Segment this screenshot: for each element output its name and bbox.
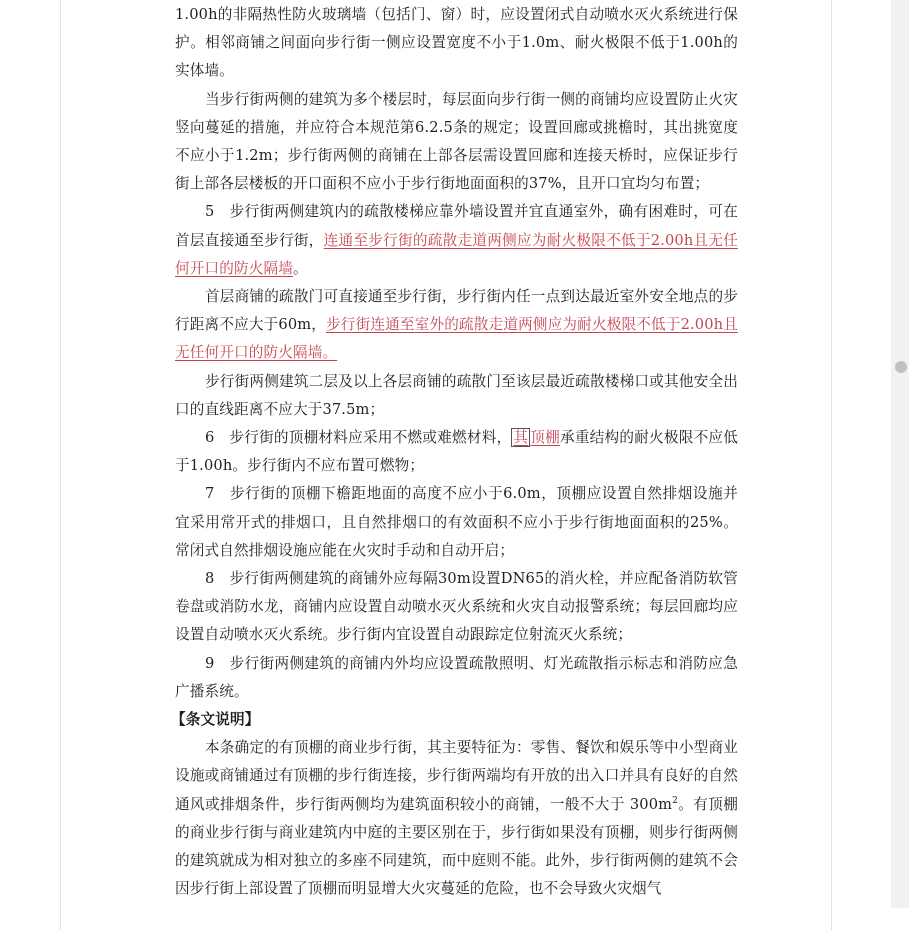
text-segment: 1.00h的非隔热性防火玻璃墙（包括门、窗）时，应设置闭式自动喷水灭火系统进行保… [175, 6, 738, 79]
vertical-scrollbar[interactable] [891, 0, 909, 908]
revision-underlined-text: 顶棚 [530, 429, 560, 446]
text-segment: 。 [293, 260, 308, 277]
paragraph-item-7: 7 步行街的顶棚下檐距地面的高度不应小于6.0m，顶棚应设置自然排烟设施并宜采用… [175, 480, 738, 565]
text-segment: 6 步行街的顶棚材料应采用不燃或难燃材料， [205, 429, 511, 446]
text-segment: 8 步行街两侧建筑的商铺外应每隔30m设置DN65的消火栓，并应配备消防软管卷盘… [175, 570, 738, 643]
text-segment: 7 步行街的顶棚下檐距地面的高度不应小于6.0m，顶棚应设置自然排烟设施并宜采用… [175, 485, 738, 558]
scroll-thumb-icon[interactable] [895, 361, 907, 373]
paragraph-item-5: 5 步行街两侧建筑内的疏散楼梯应靠外墙设置并宜直通室外，确有困难时，可在首层直接… [175, 198, 738, 283]
paragraph-item-8: 8 步行街两侧建筑的商铺外应每隔30m设置DN65的消火栓，并应配备消防软管卷盘… [175, 565, 738, 650]
text-segment: 当步行街两侧的建筑为多个楼层时，每层面向步行街一侧的商铺均应设置防止火灾竖向蔓延… [175, 91, 738, 193]
document-page: 1.00h的非隔热性防火玻璃墙（包括门、窗）时，应设置闭式自动喷水灭火系统进行保… [60, 0, 832, 908]
text-segment: 9 步行街两侧建筑的商铺内外均应设置疏散照明、灯光疏散指示标志和消防应急广播系统… [175, 655, 738, 700]
paragraph-item-9: 9 步行街两侧建筑的商铺内外均应设置疏散照明、灯光疏散指示标志和消防应急广播系统… [175, 650, 738, 706]
paragraph-upper-floor-exits: 步行街两侧建筑二层及以上各层商铺的疏散门至该层最近疏散楼梯口或其他安全出口的直线… [175, 368, 738, 424]
paragraph-item-6: 6 步行街的顶棚材料应采用不燃或难燃材料，其顶棚承重结构的耐火极限不应低于1.0… [175, 424, 738, 480]
text-segment: 本条确定的有顶棚的商业步行街，其主要特征为：零售、餐饮和娱乐等中小型商业设施或商… [175, 739, 738, 812]
paragraph-ground-floor-exits: 首层商铺的疏散门可直接通至步行街，步行街内任一点到达最近室外安全地点的步行距离不… [175, 283, 738, 368]
section-heading-explanation: 【条文说明】 [171, 706, 738, 734]
paragraph-continued-glass-wall: 1.00h的非隔热性防火玻璃墙（包括门、窗）时，应设置闭式自动喷水灭火系统进行保… [175, 1, 738, 86]
page-text-column: 1.00h的非隔热性防火玻璃墙（包括门、窗）时，应设置闭式自动喷水灭火系统进行保… [175, 1, 738, 904]
paragraph-multi-floor: 当步行街两侧的建筑为多个楼层时，每层面向步行街一侧的商铺均应设置防止火灾竖向蔓延… [175, 86, 738, 199]
paragraph-explanation: 本条确定的有顶棚的商业步行街，其主要特征为：零售、餐饮和娱乐等中小型商业设施或商… [175, 734, 738, 903]
text-segment: 步行街两侧建筑二层及以上各层商铺的疏散门至该层最近疏散楼梯口或其他安全出口的直线… [175, 373, 738, 418]
document-viewport: 1.00h的非隔热性防火玻璃墙（包括门、窗）时，应设置闭式自动喷水灭火系统进行保… [0, 0, 891, 908]
text-cursor-selection[interactable]: 其 [511, 428, 530, 447]
